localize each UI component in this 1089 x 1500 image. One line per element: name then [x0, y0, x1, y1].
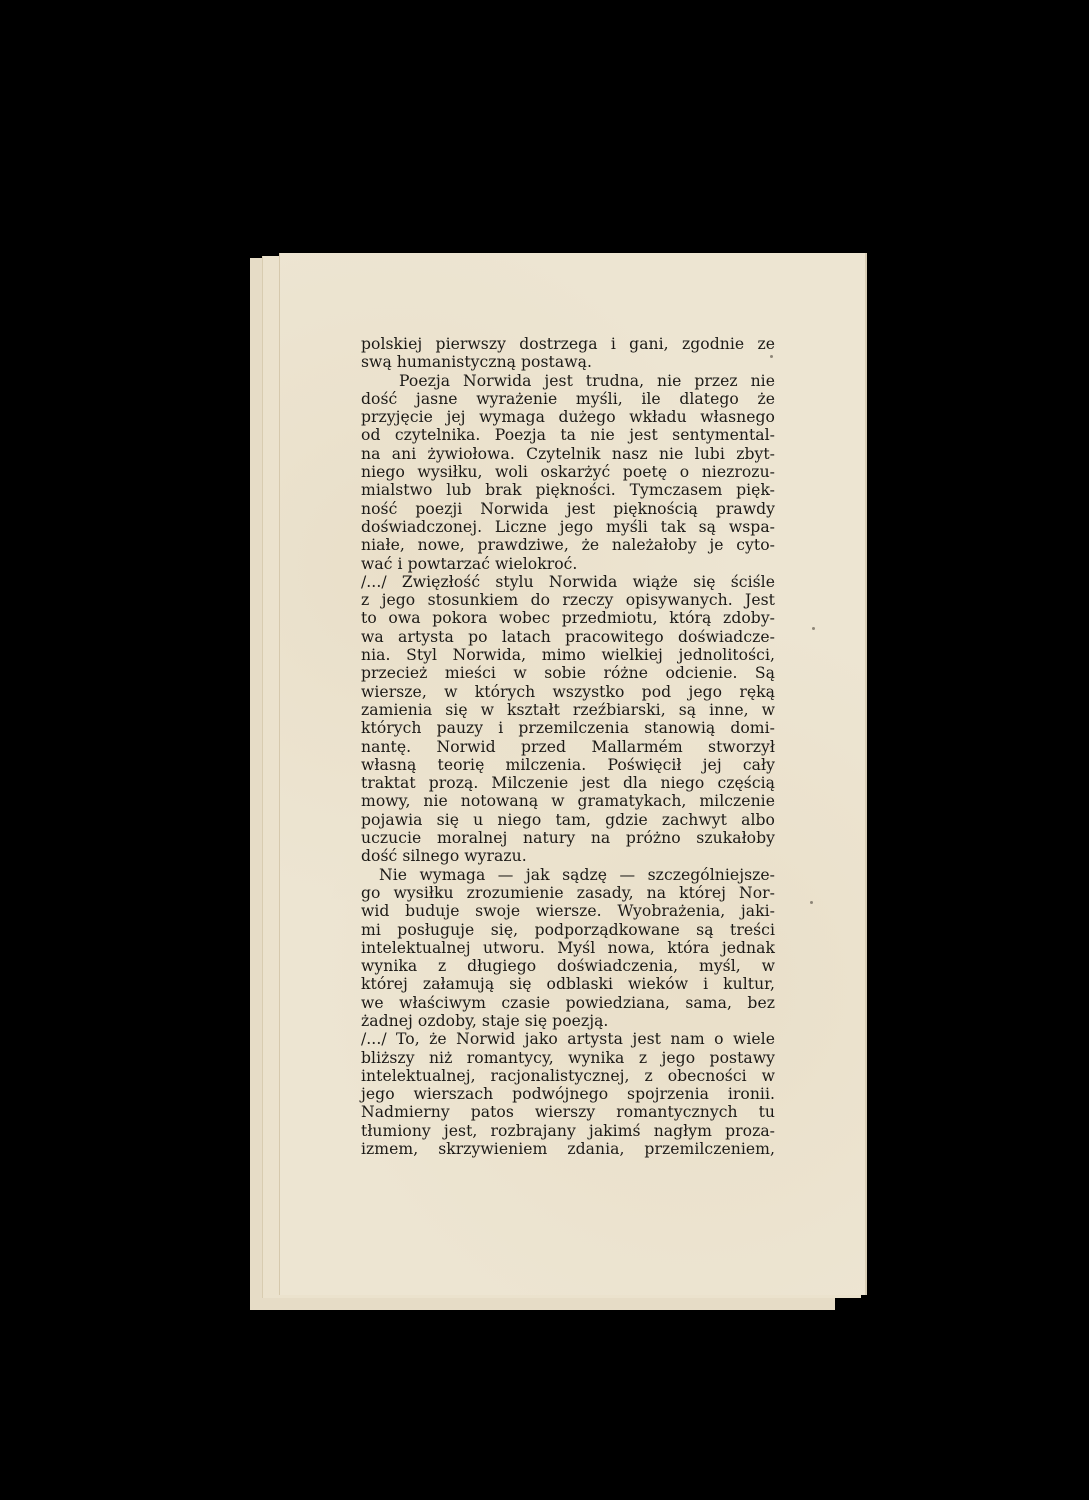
text-line: pojawia się u niego tam, gdzie zachwyt a…	[361, 811, 775, 829]
paragraph: Nie wymaga — jak sądzę — szczególniejsze…	[361, 866, 775, 1031]
text-line: Poezja Norwida jest trudna, nie przez ni…	[361, 372, 775, 390]
text-line: przyjęcie jej wymaga dużego wkładu własn…	[361, 408, 775, 426]
text-line: go wysiłku zrozumienie zasady, na której…	[361, 884, 775, 902]
text-line: której załamują się odblaski wieków i ku…	[361, 975, 775, 993]
text-line: wać i powtarzać wielokroć.	[361, 555, 775, 573]
text-line: mowy, nie notowaną w gramatykach, milcze…	[361, 792, 775, 810]
text-line: dość silnego wyrazu.	[361, 847, 775, 865]
text-line: swą humanistyczną postawą.	[361, 353, 775, 371]
text-line: doświadczonej. Liczne jego myśli tak są …	[361, 518, 775, 536]
text-line: niałe, nowe, prawdziwe, że należałoby je…	[361, 536, 775, 554]
document-body: polskiej pierwszy dostrzega i gani, zgod…	[361, 335, 775, 1158]
text-line: niego wysiłku, woli oskarżyć poetę o nie…	[361, 463, 775, 481]
paper-speck	[812, 627, 815, 630]
text-line: od czytelnika. Poezja ta nie jest sentym…	[361, 426, 775, 444]
text-line: izmem, skrzywieniem zdania, przemilczeni…	[361, 1140, 775, 1158]
text-line: żadnej ozdoby, staje się poezją.	[361, 1012, 775, 1030]
text-line: bliższy niż romantycy, wynika z jego pos…	[361, 1049, 775, 1067]
text-line: nia. Styl Norwida, mimo wielkiej jednoli…	[361, 646, 775, 664]
text-line: mialstwo lub brak piękności. Tymczasem p…	[361, 481, 775, 499]
text-line: wynika z długiego doświadczenia, myśl, w	[361, 957, 775, 975]
text-line: /.../ To, że Norwid jako artysta jest na…	[361, 1030, 775, 1048]
text-line: jego wierszach podwójnego spojrzenia iro…	[361, 1085, 775, 1103]
text-line: tłumiony jest, rozbrajany jakimś nagłym …	[361, 1122, 775, 1140]
text-line: przecież mieści w sobie różne odcienie. …	[361, 664, 775, 682]
text-line: we właściwym czasie powiedziana, sama, b…	[361, 994, 775, 1012]
text-line: na ani żywiołowa. Czytelnik nasz nie lub…	[361, 445, 775, 463]
text-line: intelektualnej utworu. Myśl nowa, która …	[361, 939, 775, 957]
text-line: wid buduje swoje wiersze. Wyobrażenia, j…	[361, 902, 775, 920]
text-line: polskiej pierwszy dostrzega i gani, zgod…	[361, 335, 775, 353]
text-line: z jego stosunkiem do rzeczy opisywanych.…	[361, 591, 775, 609]
text-line: traktat prozą. Milczenie jest dla niego …	[361, 774, 775, 792]
paragraph: polskiej pierwszy dostrzega i gani, zgod…	[361, 335, 775, 372]
paper-speck	[810, 901, 813, 904]
paragraph: Poezja Norwida jest trudna, nie przez ni…	[361, 372, 775, 573]
text-line: dość jasne wyrażenie myśli, ile dlatego …	[361, 390, 775, 408]
text-line: wiersze, w których wszystko pod jego ręk…	[361, 683, 775, 701]
text-line: zamienia się w kształt rzeźbiarski, są i…	[361, 701, 775, 719]
text-line: których pauzy i przemilczenia stanowią d…	[361, 719, 775, 737]
text-line: wa artysta po latach pracowitego doświad…	[361, 628, 775, 646]
text-line: /.../ Zwięzłość stylu Norwida wiąże się …	[361, 573, 775, 591]
text-line: intelektualnej, racjonalistycznej, z obe…	[361, 1067, 775, 1085]
text-line: mi posługuje się, podporządkowane są tre…	[361, 921, 775, 939]
text-line: ność poezji Norwida jest pięknością praw…	[361, 500, 775, 518]
text-line: Nie wymaga — jak sądzę — szczególniejsze…	[361, 866, 775, 884]
paragraph: /.../ To, że Norwid jako artysta jest na…	[361, 1030, 775, 1158]
paragraph: /.../ Zwięzłość stylu Norwida wiąże się …	[361, 573, 775, 866]
text-line: to owa pokora wobec przedmiotu, którą zd…	[361, 609, 775, 627]
text-line: uczucie moralnej natury na próżno szukał…	[361, 829, 775, 847]
text-line: Nadmierny patos wierszy romantycznych tu	[361, 1103, 775, 1121]
text-line: nantę. Norwid przed Mallarmém stworzył	[361, 738, 775, 756]
text-line: własną teorię milczenia. Poświęcił jej c…	[361, 756, 775, 774]
